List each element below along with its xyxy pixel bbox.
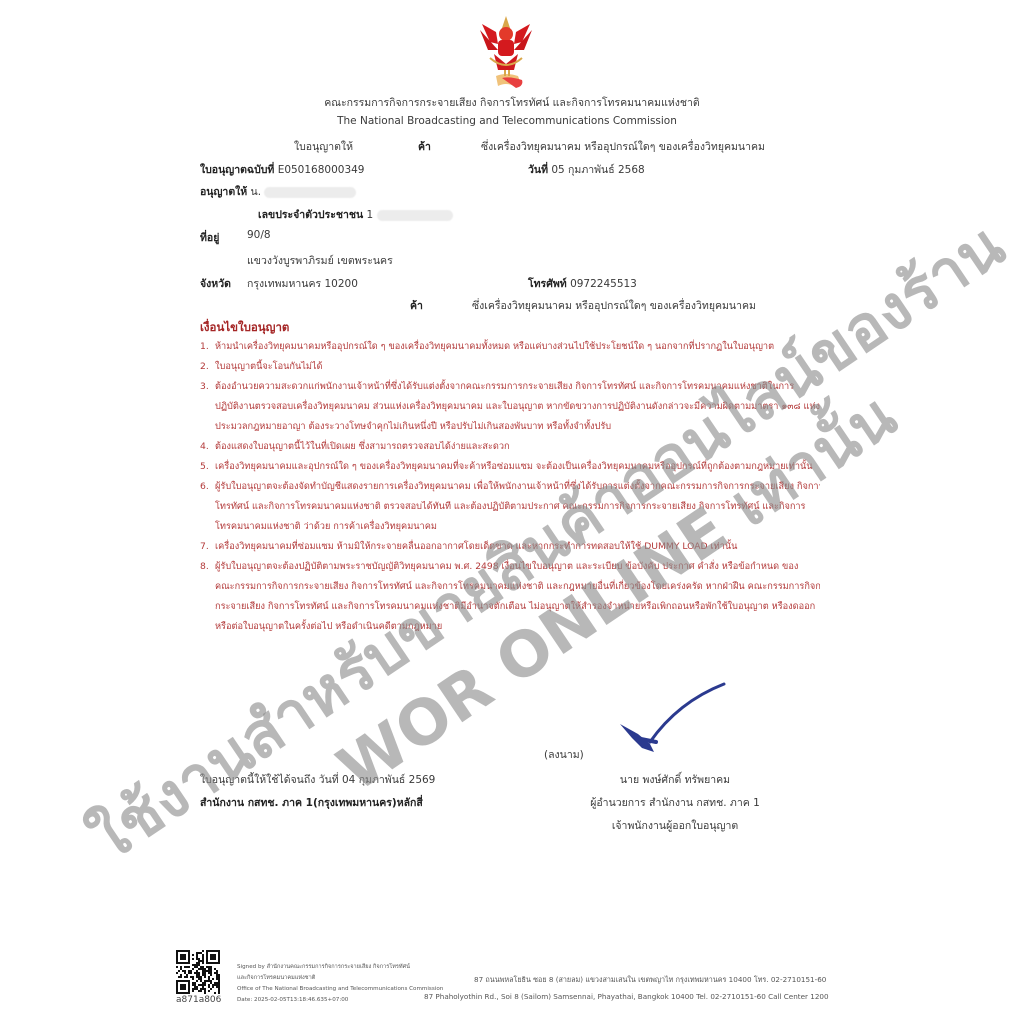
conditions-title: เงื่อนไขใบอนุญาต [200,319,289,337]
address-line2: แขวงวังบูรพาภิรมย์ เขตพระนคร [247,252,393,269]
condition-item: 2.ใบอนุญาตนี้จะโอนกันไม่ได้ [200,357,820,377]
condition-text: ห้ามนำเครื่องวิทยุคมนาคมหรืออุปกรณ์ใด ๆ … [215,337,820,357]
signed-date: Date: 2025-02-05T13:18:46.635+07:00 [237,995,443,1006]
condition-item: 1.ห้ามนำเครื่องวิทยุคมนาคมหรืออุปกรณ์ใด … [200,337,820,357]
license-date-label: วันที่ [528,164,548,176]
province-label: จังหวัด [200,275,231,292]
org-name-thai: คณะกรรมการกิจการกระจายเสียง กิจการโทรทัศ… [0,94,1024,111]
condition-item: 6.ผู้รับใบอนุญาตจะต้องจัดทำบัญชีแสดงรายก… [200,477,820,537]
condition-number: 8. [200,557,215,637]
license-type-desc: ซึ่งเครื่องวิทยุคมนาคม หรืออุปกรณ์ใดๆ ขอ… [481,138,765,155]
province-value: กรุงเทพมหานคร 10200 [247,275,358,292]
valid-until: ใบอนุญาตนี้ให้ใช้ได้จนถึง วันที่ 04 กุมภ… [200,771,435,788]
condition-item: 3.ต้องอำนวยความสะดวกแก่พนักงานเจ้าหน้าที… [200,377,820,437]
sign-label: (ลงนาม) [544,746,584,763]
phone-value: 0972245513 [570,278,637,290]
condition-item: 5.เครื่องวิทยุคมนาคมและอุปกรณ์ใด ๆ ของเค… [200,457,820,477]
redacted-citizen-id [377,210,453,221]
license-date: วันที่ 05 กุมภาพันธ์ 2568 [528,161,645,178]
condition-number: 3. [200,377,215,437]
condition-text: ผู้รับใบอนุญาตจะต้องปฏิบัติตามพระราชบัญญ… [215,557,820,637]
garuda-emblem [476,14,536,90]
redacted-name [264,187,356,198]
signed-by-line1: Signed by สำนักงานคณะกรรมการกิจการกระจาย… [237,962,443,973]
trade-desc: ซึ่งเครื่องวิทยุคมนาคม หรืออุปกรณ์ใดๆ ขอ… [472,297,756,314]
signatory-role: เจ้าพนักงานผู้ออกใบอนุญาต [560,817,790,834]
license-type-word: ค้า [418,138,431,155]
citizen-id: เลขประจำตัวประชาชน 1 [258,206,453,223]
address-line1: 90/8 [247,229,271,241]
condition-text: เครื่องวิทยุคมนาคมที่ซ่อมแซม ห้ามมิให้กร… [215,537,820,557]
license-number-value: E050168000349 [278,164,365,176]
condition-item: 7.เครื่องวิทยุคมนาคมที่ซ่อมแซม ห้ามมิให้… [200,537,820,557]
signature-mark [608,682,728,756]
condition-text: ใบอนุญาตนี้จะโอนกันไม่ได้ [215,357,820,377]
phone: โทรศัพท์ 0972245513 [528,275,637,292]
condition-number: 6. [200,477,215,537]
issuing-office: สำนักงาน กสทช. ภาค 1(กรุงเทพมหานคร)หลักส… [200,794,423,811]
office-address-english: 87 Phaholyothin Rd., Soi 8 (Sailom) Sams… [424,992,829,1001]
signed-by-line3: Office of The National Broadcasting and … [237,984,443,995]
trade-word: ค้า [410,297,423,314]
license-number: ใบอนุญาตฉบับที่ E050168000349 [200,161,365,178]
license-number-label: ใบอนุญาตฉบับที่ [200,164,274,176]
office-address-thai: 87 ถนนพหลโยธิน ซอย 8 (สายลม) แขวงสามเสนใ… [474,975,826,986]
condition-text: เครื่องวิทยุคมนาคมและอุปกรณ์ใด ๆ ของเครื… [215,457,820,477]
condition-number: 1. [200,337,215,357]
conditions-list: 1.ห้ามนำเครื่องวิทยุคมนาคมหรืออุปกรณ์ใด … [200,337,820,637]
grantee-label: อนุญาตให้ [200,186,247,198]
condition-text: ต้องแสดงใบอนุญาตนี้ไว้ในที่เปิดเผย ซึ่งส… [215,437,820,457]
grantee: อนุญาตให้ น. [200,183,356,200]
signatory-position: ผู้อำนวยการ สำนักงาน กสทช. ภาค 1 [560,794,790,811]
condition-number: 5. [200,457,215,477]
signed-by-line2: และกิจการโทรคมนาคมแห่งชาติ [237,973,443,984]
citizen-id-label: เลขประจำตัวประชาชน [258,209,363,221]
org-name-english: The National Broadcasting and Telecommun… [0,115,1014,127]
license-date-value: 05 กุมภาพันธ์ 2568 [551,164,644,176]
signatory-name: นาย พงษ์ศักดิ์ ทรัพยาคม [560,771,790,788]
qr-code-text: a871a806 [176,995,221,1005]
condition-item: 8.ผู้รับใบอนุญาตจะต้องปฏิบัติตามพระราชบั… [200,557,820,637]
grantee-value: น. [251,186,262,198]
license-type-prefix: ใบอนุญาตให้ [294,138,353,155]
phone-label: โทรศัพท์ [528,278,567,290]
condition-number: 4. [200,437,215,457]
condition-text: ต้องอำนวยความสะดวกแก่พนักงานเจ้าหน้าที่ซ… [215,377,820,437]
address-label: ที่อยู่ [200,229,219,246]
condition-number: 2. [200,357,215,377]
digital-signature: Signed by สำนักงานคณะกรรมการกิจการกระจาย… [237,962,443,1006]
citizen-id-value: 1 [367,209,374,221]
condition-number: 7. [200,537,215,557]
qr-code[interactable] [176,950,220,994]
condition-text: ผู้รับใบอนุญาตจะต้องจัดทำบัญชีแสดงรายการ… [215,477,820,537]
condition-item: 4.ต้องแสดงใบอนุญาตนี้ไว้ในที่เปิดเผย ซึ่… [200,437,820,457]
